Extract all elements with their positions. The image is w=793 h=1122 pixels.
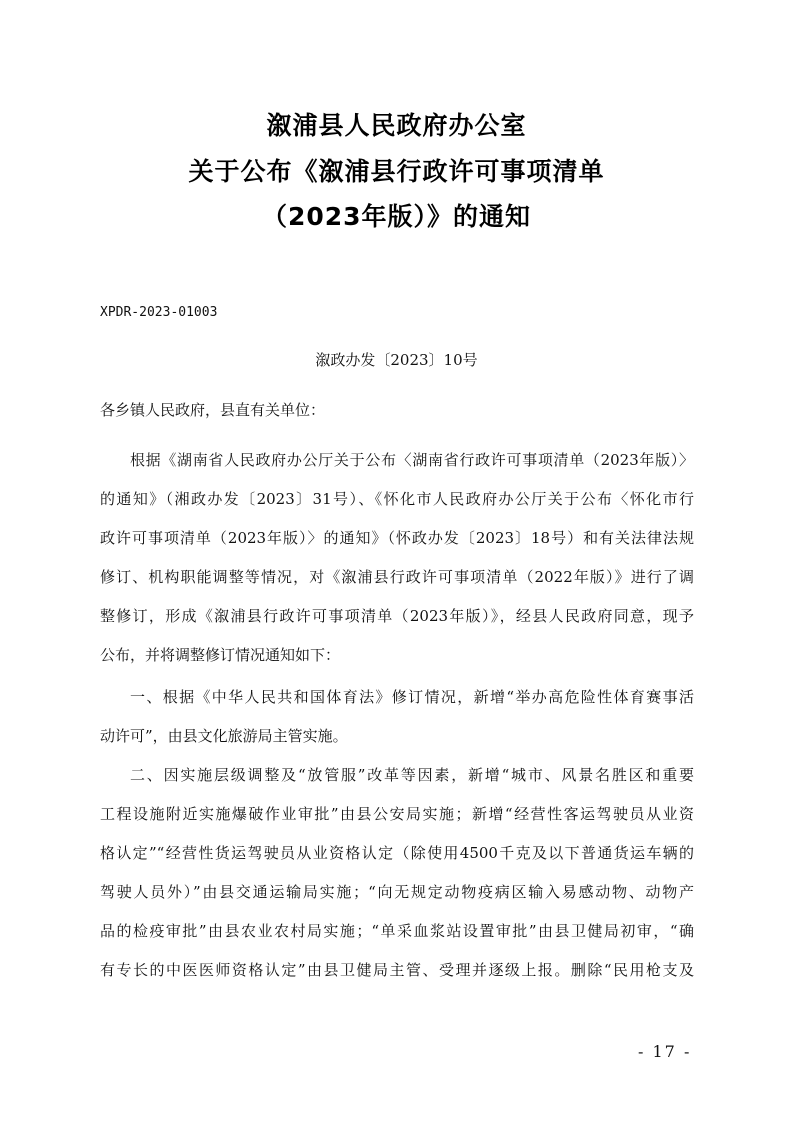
body-line: 动许可”，由县文化旅游局主管实施。 <box>100 726 694 746</box>
salutation: 各乡镇人民政府，县直有关单位： <box>100 400 325 420</box>
document-number: XPDR-2023-01003 <box>100 303 217 323</box>
body-line: 根据《湖南省人民政府办公厅关于公布〈湖南省行政许可事项清单（2023年版）〉 <box>130 450 694 470</box>
title-line-1: 溆浦县人民政府办公室 <box>0 111 793 141</box>
body-line: 工程设施附近实施爆破作业审批”由县公安局实施；新增“经营性客运驾驶员从业资 <box>100 804 694 824</box>
body-line: 公布，并将调整修订情况通知如下： <box>100 645 694 665</box>
body-line: 修订、机构职能调整等情况，对《溆浦县行政许可事项清单（2022年版）》进行了调 <box>100 567 694 587</box>
body-line: 驾驶人员外）”由县交通运输局实施；“向无规定动物疫病区输入易感动物、动物产 <box>100 882 694 902</box>
body-line: 整修订，形成《溆浦县行政许可事项清单（2023年版）》，经县人民政府同意，现予 <box>100 606 694 626</box>
body-line: 的通知》（湘政办发〔2023〕31号）、《怀化市人民政府办公厅关于公布〈怀化市行 <box>100 489 694 509</box>
body-line: 格认定”“经营性货运驾驶员从业资格认定（除使用4500千克及以下普通货运车辆的 <box>100 843 694 863</box>
body-line: 政许可事项清单（2023年版）〉的通知》（怀政办发〔2023〕18号）和有关法律… <box>100 528 694 548</box>
body-line: 有专长的中医医师资格认定”由县卫健局主管、受理并逐级上报。删除“民用枪支及 <box>100 960 694 980</box>
body-line: 二、因实施层级调整及“放管服”改革等因素，新增“城市、风景名胜区和重要 <box>130 765 694 785</box>
page-number: - 17 - <box>638 1042 691 1062</box>
body-line: 一、根据《中华人民共和国体育法》修订情况，新增“举办高危险性体育赛事活 <box>130 687 694 707</box>
body-line: 品的检疫审批”由县农业农村局实施；“单采血浆站设置审批”由县卫健局初审，“确 <box>100 921 694 941</box>
title-line-2: 关于公布《溆浦县行政许可事项清单 <box>0 157 793 187</box>
reference-number: 溆政办发〔2023〕10号 <box>0 350 793 370</box>
title-line-3: （2023年版）》的通知 <box>0 202 793 232</box>
